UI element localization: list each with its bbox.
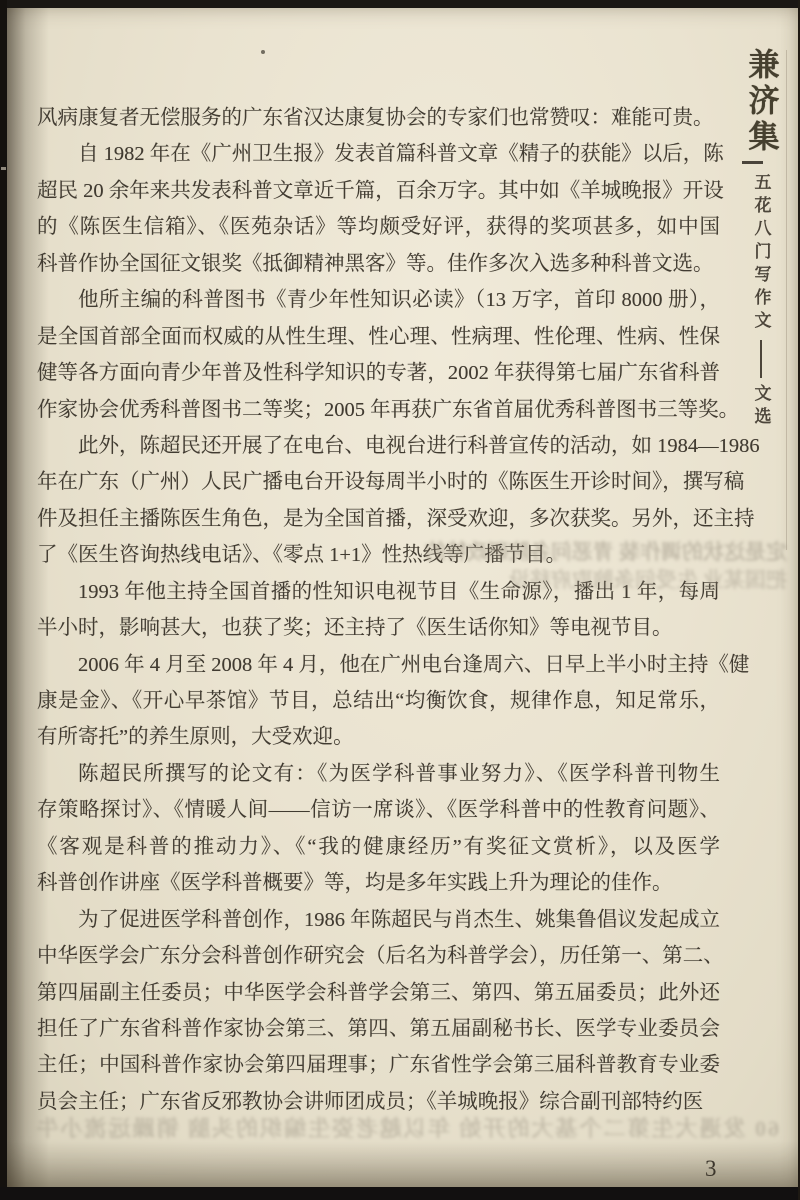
- text-line: 此外，陈超民还开展了在电台、电视台进行科普宣传的活动，如 1984—1986: [37, 428, 720, 464]
- series-subtitle-vertical: 文选: [749, 384, 774, 430]
- text-line: 件及担任主播陈医生角色，是为全国首播，深受欢迎，多次获奖。另外，还主持: [37, 501, 720, 537]
- text-line: 担任了广东省科普作家协会第三、第四、第五届副秘书长、医学专业委员会: [37, 1011, 720, 1047]
- text-line: 自 1982 年在《广州卫生报》发表首篇科普文章《精子的获能》以后，陈: [37, 136, 720, 172]
- text-line: 存策略探讨》、《情暖人间——信访一席谈》、《医学科普中的性教育问题》、: [37, 792, 720, 828]
- scanned-page-paper: 风病康复者无偿服务的广东省汉达康复协会的专家们也常赞叹：难能可贵。自 1982 …: [7, 8, 798, 1187]
- text-line: 2006 年 4 月至 2008 年 4 月，他在广州电台逢周六、日早上半小时主…: [37, 647, 720, 683]
- bleed-through-text: 把国某业 生受问条脑取府移设: [437, 564, 787, 594]
- text-line: 风病康复者无偿服务的广东省汉达康复协会的专家们也常赞叹：难能可贵。: [37, 100, 720, 136]
- text-line: 中华医学会广东分会科普创作研究会（后名为科普学会），历任第一、第二、: [37, 938, 720, 974]
- text-line: 为了促进医学科普创作，1986 年陈超民与肖杰生、姚集鲁倡议发起成立: [37, 902, 720, 938]
- text-line: 康是金》、《开心早茶馆》节目，总结出“均衡饮食，规律作息，知足常乐，: [37, 683, 720, 719]
- text-line: 第四届副主任委员；中华医学会科普学会第三、第四、第五届委员；此外还: [37, 975, 720, 1011]
- bleed-through-text: 60 发遇大生第二个基大的开始 年以越老姿生编织的头脑 销躁远流小牛: [35, 1112, 779, 1143]
- bleed-through-text: 定是这状的调作装 青恶问各院研政特的: [359, 536, 787, 566]
- body-text: 风病康复者无偿服务的广东省汉达康复协会的专家们也常赞叹：难能可贵。自 1982 …: [37, 100, 720, 1120]
- text-line: 科普创作讲座《医学科普概要》等，均是多年实践上升为理论的佳作。: [37, 865, 720, 901]
- text-line: 《客观是科普的推动力》、《“我的健康经历”有奖征文赏析》，以及医学: [37, 829, 720, 865]
- margin-rule-line: [786, 50, 787, 550]
- margin-column: 兼济集 五花八门写作文 文选: [729, 48, 793, 430]
- book-title-calligraphy: 兼济集: [739, 48, 784, 156]
- page-number: 3: [705, 1156, 717, 1182]
- scan-edge-mark: [1, 167, 6, 170]
- scan-edge-top: [0, 0, 800, 8]
- text-line: 陈超民所撰写的论文有：《为医学科普事业努力》、《医学科普刊物生: [37, 756, 720, 792]
- title-underline: [742, 161, 763, 164]
- scan-edge-bottom: [0, 1187, 800, 1200]
- text-line: 他所主编的科普图书《青少年性知识必读》（13 万字，首印 8000 册），: [37, 282, 720, 318]
- text-line: 超民 20 余年来共发表科普文章近千篇，百余万字。其中如《羊城晚报》开设: [37, 173, 720, 209]
- scan-speck: [261, 50, 265, 54]
- text-line: 健等各方面向青少年普及性科学知识的专著，2002 年获得第七届广东省科普: [37, 355, 720, 391]
- text-line: 科普作协全国征文银奖《抵御精神黑客》等。佳作多次入选多种科普文选。: [37, 246, 720, 282]
- text-line: 半小时，影响甚大，也获了奖；还主持了《医生话你知》等电视节目。: [37, 610, 720, 646]
- text-line: 年在广东（广州）人民广播电台开设每周半小时的《陈医生开诊时间》，撰写稿: [37, 464, 720, 500]
- scan-edge-left: [0, 0, 7, 1200]
- series-title-vertical: 五花八门写作文: [749, 173, 774, 334]
- vertical-dash: [760, 340, 763, 378]
- text-line: 主任；中国科普作家协会第四届理事；广东省性学会第三届科普教育专业委: [37, 1047, 720, 1083]
- text-line: 的《陈医生信箱》、《医苑杂话》等均颇受好评，获得的奖项甚多，如中国: [37, 209, 720, 245]
- text-line: 作家协会优秀科普图书二等奖；2005 年再获广东省首届优秀科普图书三等奖。: [37, 392, 720, 428]
- text-line: 是全国首部全面而权威的从性生理、性心理、性病理、性伦理、性病、性保: [37, 319, 720, 355]
- text-line: 有所寄托”的养生原则，大受欢迎。: [37, 719, 720, 755]
